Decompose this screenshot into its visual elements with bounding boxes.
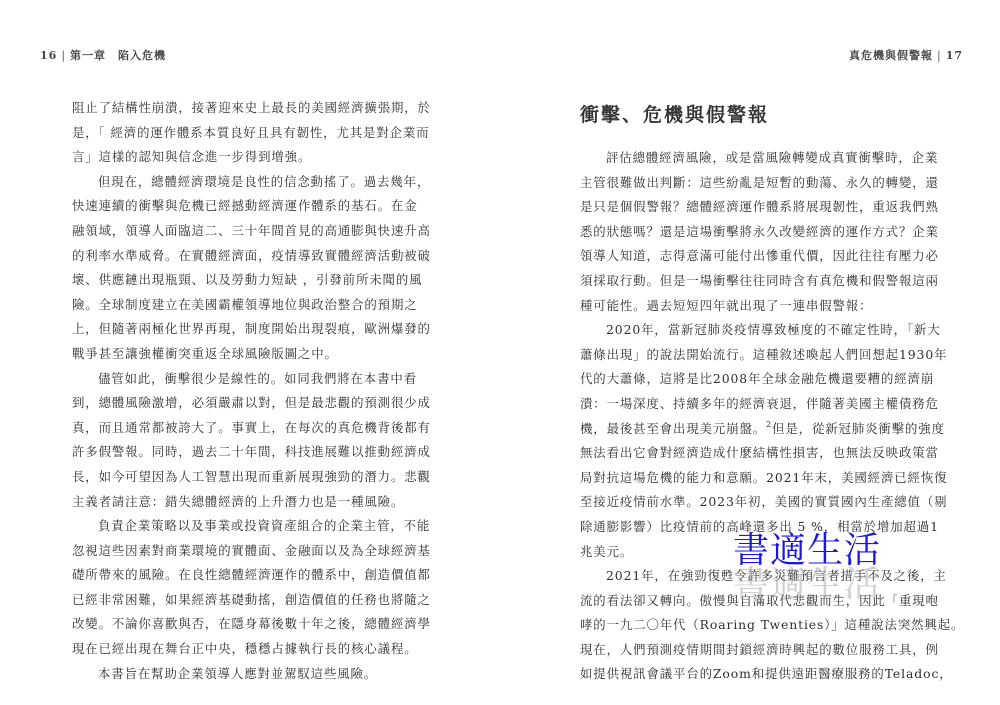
text-line: 悉的狀態嗎？還是這場衝擊將永久改變經濟的運作方式？企業 — [580, 220, 954, 245]
line-text: 是只是個假警報？總體經濟運作體系將展現韌性，重返我們熟 — [580, 199, 939, 214]
text-line: 至接近疫情前水準。2023年初，美國的實質國內生產總值（剔 — [580, 490, 954, 515]
text-line: 無法看出它會對經濟造成什麼結構性損害，也無法反映政策當 — [580, 441, 954, 466]
text-line: 現在已經出現在舞台正中央，穩穩占據執行長的核心議程。 — [72, 637, 434, 662]
line-text: 已經非常困難，如果經濟基礎動搖，創造價值的任務也將隨之 — [72, 592, 431, 607]
text-line: 如提供視訊會議平台的Zoom和提供遠距醫療服務的Teladoc， — [580, 662, 954, 687]
line-text: 如提供視訊會議平台的Zoom和提供遠距醫療服務的Teladoc， — [580, 666, 953, 681]
text-line: 忽視這些因素對商業環境的實體面、金融面以及為全球經濟基 — [72, 539, 434, 564]
text-line: 真，而且通常都被誇大了。事實上，在每次的真危機背後都有 — [72, 416, 434, 441]
line-text: 現在，人們預測疫情期間封鎖經濟時興起的數位服務工具，例 — [580, 642, 939, 657]
line-text: 機，最後甚至會出現美元崩盤。 — [580, 421, 766, 436]
line-text: 至接近疫情前水準。2023年初，美國的實質國內生產總值（剔 — [580, 494, 947, 509]
text-line: 潰：一場深度、持續多年的經濟衰退，伴隨著美國主權債務危 — [580, 392, 954, 417]
text-line: 融領域，領導人面臨這二、三十年間首見的高通膨與快速升高 — [72, 219, 434, 244]
text-line: 哮的一九二〇年代（Roaring Twenties）」這種說法突然興起。 — [580, 613, 954, 638]
text-line: 除通膨影響）比疫情前的高峰還多出 5 %，相當於增加超過1 — [580, 515, 954, 540]
text-line: 的利率水準威脅。在實體經濟面，疫情導致實體經濟活動被破 — [72, 244, 434, 269]
line-text: 但現在，總體經濟環境是良性的信念動搖了。過去幾年， — [98, 174, 430, 189]
text-line: 是只是個假警報？總體經濟運作體系將展現韌性，重返我們熟 — [580, 195, 954, 220]
text-line: 2021年，在強勁復甦令許多災難預言者措手不及之後，主 — [580, 564, 954, 589]
line-text: 融領域，領導人面臨這二、三十年間首見的高通膨與快速升高 — [72, 223, 431, 238]
line-text: 阻止了結構性崩潰，接著迎來史上最長的美國經濟擴張期，於 — [72, 100, 431, 115]
line-text: 代的大蕭條，這將是比2008年全球金融危機還要糟的經濟崩 — [580, 371, 934, 386]
line-text: 2020年，當新冠肺炎疫情導致極度的不確定性時，「新大 — [606, 322, 941, 337]
text-line: 主義者請注意：錯失總體經濟的上升潛力也是一種風險。 — [72, 490, 434, 515]
line-text: 的利率水準威脅。在實體經濟面，疫情導致實體經濟活動被破 — [72, 248, 431, 263]
line-text: 除通膨影響）比疫情前的高峰還多出 5 %，相當於增加超過1 — [580, 519, 939, 534]
left-running-head: 16|第一章 陷入危機 — [40, 47, 166, 63]
line-text: 許多假警報。同時，過去二十年間，科技進展難以推動經濟成 — [72, 444, 431, 459]
line-text: 壞、供應鏈出現瓶頸、以及勞動力短缺 ，引發前所未聞的風 — [72, 272, 422, 287]
chapter-title: 第一章 陷入危機 — [70, 49, 166, 62]
text-line: 已經非常困難，如果經濟基礎動搖，創造價值的任務也將隨之 — [72, 588, 434, 613]
right-running-head: 真危機與假警報|17 — [849, 47, 963, 63]
text-line: 機，最後甚至會出現美元崩盤。2但是，從新冠肺炎衝擊的強度 — [580, 417, 954, 442]
text-line: 險。全球制度建立在美國霸權領導地位與政治整合的預期之 — [72, 293, 434, 318]
line-text: 忽視這些因素對商業環境的實體面、金融面以及為全球經濟基 — [72, 543, 431, 558]
text-line: 阻止了結構性崩潰，接著迎來史上最長的美國經濟擴張期，於 — [72, 96, 434, 121]
text-line: 但現在，總體經濟環境是良性的信念動搖了。過去幾年， — [72, 170, 434, 195]
line-text: 負責企業策略以及事業或投資資產組合的企業主管，不能 — [98, 518, 430, 533]
line-text: 哮的一九二〇年代（Roaring Twenties）」這種說法突然興起。 — [580, 617, 964, 632]
line-text: 但是，從新冠肺炎衝擊的強度 — [772, 421, 945, 436]
line-text: 無法看出它會對經濟造成什麼結構性損害，也無法反映政策當 — [580, 445, 939, 460]
text-line: 礎所帶來的風險。在良性總體經濟運作的體系中，創造價值都 — [72, 563, 434, 588]
text-line: 到，總體風險激增，必須嚴肅以對，但是最悲觀的預測很少成 — [72, 391, 434, 416]
line-text: 上，但隨著兩極化世界再現，制度開始出現裂痕，歐洲爆發的 — [72, 321, 431, 336]
text-line: 代的大蕭條，這將是比2008年全球金融危機還要糟的經濟崩 — [580, 367, 954, 392]
line-text: 言」這樣的認知與信念進一步得到增強。 — [72, 149, 311, 164]
text-line: 許多假警報。同時，過去二十年間，科技進展難以推動經濟成 — [72, 440, 434, 465]
line-text: 評估總體經濟風險，或是當風險轉變成真實衝擊時，企業 — [606, 150, 938, 165]
text-line: 長，如今可望因為人工智慧出現而重新展現強勁的潛力。悲觀 — [72, 465, 434, 490]
line-text: 主義者請注意：錯失總體經濟的上升潛力也是一種風險。 — [72, 494, 404, 509]
line-text: 長，如今可望因為人工智慧出現而重新展現強勁的潛力。悲觀 — [72, 469, 431, 484]
line-text: 真，而且通常都被誇大了。事實上，在每次的真危機背後都有 — [72, 420, 431, 435]
line-text: 本書旨在幫助企業領導人應對並駕馭這些風險。 — [98, 666, 377, 681]
text-line: 評估總體經濟風險，或是當風險轉變成真實衝擊時，企業 — [580, 146, 954, 171]
text-line: 蕭條出現」的說法開始流行。這種敘述喚起人們回想起1930年 — [580, 343, 954, 368]
line-text: 領導人知道，志得意滿可能付出慘重代價，因此往往有壓力必 — [580, 248, 939, 263]
line-text: 主管很難做出判斷：這些紛亂是短暫的動蕩、永久的轉變，還 — [580, 175, 939, 190]
text-line: 上，但隨著兩極化世界再現，制度開始出現裂痕，歐洲爆發的 — [72, 317, 434, 342]
left-body-text: 阻止了結構性崩潰，接著迎來史上最長的美國經濟擴張期，於是，「 經濟的運作體系本質… — [72, 96, 434, 686]
text-line: 2020年，當新冠肺炎疫情導致極度的不確定性時，「新大 — [580, 318, 954, 343]
text-line: 本書旨在幫助企業領導人應對並駕馭這些風險。 — [72, 662, 434, 687]
line-text: 2021年，在強勁復甦令許多災難預言者措手不及之後，主 — [606, 568, 947, 583]
book-title: 真危機與假警報 — [849, 49, 933, 62]
header-separator: | — [61, 49, 66, 62]
text-line: 兆美元。 — [580, 540, 954, 565]
right-page-number: 17 — [946, 49, 963, 62]
line-text: 是，「 經濟的運作體系本質良好且具有韌性，尤其是對企業而 — [72, 125, 430, 140]
left-page: 16|第一章 陷入危機 阻止了結構性崩潰，接著迎來史上最長的美國經濟擴張期，於是… — [0, 0, 500, 705]
text-line: 主管很難做出判斷：這些紛亂是短暫的動蕩、永久的轉變，還 — [580, 171, 954, 196]
text-line: 戰爭甚至讓強權衝突重返全球風險版圖之中。 — [72, 342, 434, 367]
line-text: 須採取行動。但是一場衝擊往往同時含有真危機和假警報這兩 — [580, 273, 939, 288]
text-line: 負責企業策略以及事業或投資資產組合的企業主管，不能 — [72, 514, 434, 539]
line-text: 潰：一場深度、持續多年的經濟衰退，伴隨著美國主權債務危 — [580, 396, 939, 411]
text-line: 是，「 經濟的運作體系本質良好且具有韌性，尤其是對企業而 — [72, 121, 434, 146]
line-text: 蕭條出現」的說法開始流行。這種敘述喚起人們回想起1930年 — [580, 347, 947, 362]
text-line: 局對抗這場危機的能力和意願。2021年末，美國經濟已經恢復 — [580, 466, 954, 491]
section-heading: 衝擊、危機與假警報 — [580, 100, 769, 127]
text-line: 種可能性。過去短短四年就出現了一連串假警報： — [580, 294, 954, 319]
text-line: 改變。不論你喜歡與否，在隱身幕後數十年之後，總體經濟學 — [72, 612, 434, 637]
text-line: 現在，人們預測疫情期間封鎖經濟時興起的數位服務工具，例 — [580, 638, 954, 663]
text-line: 領導人知道，志得意滿可能付出慘重代價，因此往往有壓力必 — [580, 244, 954, 269]
line-text: 戰爭甚至讓強權衝突重返全球風險版圖之中。 — [72, 346, 338, 361]
line-text: 種可能性。過去短短四年就出現了一連串假警報： — [580, 298, 872, 313]
line-text: 險。全球制度建立在美國霸權領導地位與政治整合的預期之 — [72, 297, 418, 312]
text-line: 流的看法卻又轉向。傲慢與自滿取代悲觀而生，因此「重現咆 — [580, 589, 954, 614]
line-text: 礎所帶來的風險。在良性總體經濟運作的體系中，創造價值都 — [72, 567, 431, 582]
line-text: 到，總體風險激增，必須嚴肅以對，但是最悲觀的預測很少成 — [72, 395, 431, 410]
text-line: 快速連續的衝擊與危機已經撼動經濟運作體系的基石。在金 — [72, 194, 434, 219]
line-text: 改變。不論你喜歡與否，在隱身幕後數十年之後，總體經濟學 — [72, 616, 431, 631]
text-line: 言」這樣的認知與信念進一步得到增強。 — [72, 145, 434, 170]
line-text: 儘管如此，衝擊很少是線性的。如同我們將在本書中看 — [98, 371, 417, 386]
text-line: 須採取行動。但是一場衝擊往往同時含有真危機和假警報這兩 — [580, 269, 954, 294]
line-text: 快速連續的衝擊與危機已經撼動經濟運作體系的基石。在金 — [72, 198, 418, 213]
line-text: 現在已經出現在舞台正中央，穩穩占據執行長的核心議程。 — [72, 641, 418, 656]
line-text: 悉的狀態嗎？還是這場衝擊將永久改變經濟的運作方式？企業 — [580, 224, 939, 239]
header-separator: | — [937, 49, 942, 62]
line-text: 局對抗這場危機的能力和意願。2021年末，美國經濟已經恢復 — [580, 470, 947, 485]
line-text: 流的看法卻又轉向。傲慢與自滿取代悲觀而生，因此「重現咆 — [580, 593, 939, 608]
line-text: 兆美元。 — [580, 544, 633, 559]
left-page-number: 16 — [40, 49, 57, 62]
right-page: 真危機與假警報|17 衝擊、危機與假警報 評估總體經濟風險，或是當風險轉變成真實… — [500, 0, 1000, 705]
right-body-text: 評估總體經濟風險，或是當風險轉變成真實衝擊時，企業主管很難做出判斷：這些紛亂是短… — [580, 146, 954, 687]
text-line: 壞、供應鏈出現瓶頸、以及勞動力短缺 ，引發前所未聞的風 — [72, 268, 434, 293]
text-line: 儘管如此，衝擊很少是線性的。如同我們將在本書中看 — [72, 367, 434, 392]
